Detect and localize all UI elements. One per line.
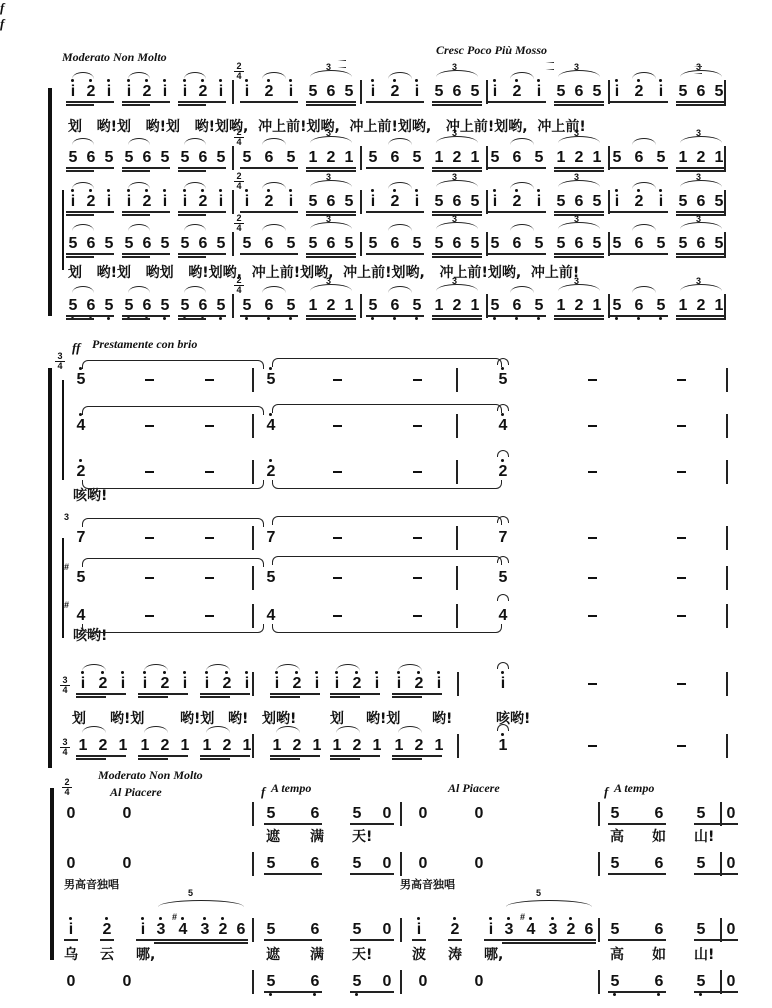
note: 5 bbox=[532, 150, 546, 166]
note: 5 bbox=[410, 150, 424, 166]
note: 5 bbox=[366, 150, 380, 166]
beam-underline bbox=[178, 253, 226, 255]
beam-underline bbox=[676, 211, 726, 213]
rest-dash bbox=[413, 577, 422, 579]
octave-up-dot bbox=[245, 189, 248, 192]
note: i bbox=[116, 676, 130, 692]
octave-up-dot bbox=[501, 733, 504, 736]
beam-underline bbox=[64, 939, 78, 941]
ts-bottom: 4 bbox=[234, 181, 244, 191]
note: 5 bbox=[178, 298, 192, 314]
note: 5 bbox=[66, 298, 80, 314]
slur bbox=[632, 72, 656, 79]
beam-underline bbox=[392, 696, 422, 698]
note: i bbox=[178, 84, 192, 100]
octave-up-dot bbox=[245, 671, 248, 674]
note: 5 bbox=[676, 84, 690, 100]
ts-bottom: 4 bbox=[55, 361, 65, 371]
note: i bbox=[488, 194, 502, 210]
note: 5 bbox=[654, 150, 668, 166]
octave-up-dot bbox=[69, 917, 72, 920]
octave-down-dot bbox=[637, 317, 640, 320]
barline bbox=[232, 190, 234, 214]
note: 5 bbox=[608, 922, 622, 938]
rest-dash bbox=[588, 379, 597, 381]
ts-top: 3 bbox=[62, 737, 67, 747]
slur bbox=[72, 72, 94, 79]
note: 0 bbox=[380, 974, 394, 990]
time-signature: 24 bbox=[62, 778, 72, 797]
note: 5 bbox=[158, 150, 172, 166]
octave-up-dot bbox=[417, 917, 420, 920]
note: 1 bbox=[178, 738, 192, 754]
octave-up-dot bbox=[453, 917, 456, 920]
beam-underline bbox=[200, 696, 230, 698]
beam-underline bbox=[610, 101, 668, 103]
note: 5 bbox=[694, 806, 708, 822]
note: i bbox=[284, 194, 298, 210]
note: 6 bbox=[196, 150, 210, 166]
beam-underline bbox=[554, 101, 604, 103]
note: 5 bbox=[590, 194, 604, 210]
barline bbox=[252, 802, 254, 826]
note: 6 bbox=[632, 298, 646, 314]
note: 1 bbox=[200, 738, 214, 754]
beam-underline bbox=[270, 693, 320, 695]
time-signature: 34 bbox=[60, 676, 70, 695]
triplet-3: 3 bbox=[574, 172, 579, 182]
slur bbox=[72, 286, 94, 293]
barline bbox=[360, 232, 362, 256]
octave-up-dot bbox=[183, 79, 186, 82]
slur bbox=[184, 138, 206, 145]
lyric-word: 划 bbox=[72, 708, 86, 728]
barline bbox=[400, 852, 402, 876]
octave-up-dot bbox=[551, 917, 554, 920]
octave-up-dot bbox=[569, 917, 572, 920]
note: 6 bbox=[694, 84, 708, 100]
rest-dash bbox=[333, 379, 342, 381]
barline bbox=[726, 460, 728, 484]
beam-underline bbox=[610, 253, 668, 255]
note: 5 bbox=[102, 298, 116, 314]
lyrics-row-2: 划 哟!划 哟划 哟!划哟, 冲上前!划哟, 冲上前!划哟, 冲上前!划哟, 冲… bbox=[68, 262, 579, 282]
note: 5 bbox=[410, 298, 424, 314]
note: i bbox=[138, 676, 152, 692]
note: 5 bbox=[676, 194, 690, 210]
beam-underline bbox=[608, 823, 666, 825]
note: i bbox=[76, 676, 90, 692]
beam-underline bbox=[66, 214, 94, 216]
beam-underline bbox=[264, 939, 322, 941]
lyric-word: 山! bbox=[694, 944, 714, 964]
note: i bbox=[178, 194, 192, 210]
note: i bbox=[410, 84, 424, 100]
slur bbox=[128, 72, 150, 79]
note: 4 bbox=[74, 418, 88, 434]
tuplet-5: 5 bbox=[188, 888, 193, 898]
rest-dash bbox=[677, 425, 686, 427]
ts-top: 2 bbox=[236, 171, 241, 181]
beam-underline bbox=[66, 211, 114, 213]
lyric-word: 云 bbox=[100, 944, 114, 964]
barline bbox=[252, 734, 254, 758]
note: 5 bbox=[554, 84, 568, 100]
beam-underline bbox=[330, 696, 360, 698]
octave-up-dot bbox=[143, 671, 146, 674]
beam-underline bbox=[264, 991, 322, 993]
beam-underline bbox=[392, 758, 422, 760]
note: 2 bbox=[324, 150, 338, 166]
dynamic-ff: ff bbox=[72, 340, 80, 356]
slur bbox=[128, 286, 150, 293]
octave-up-dot bbox=[501, 367, 504, 370]
octave-up-dot bbox=[637, 189, 640, 192]
note: 2 bbox=[196, 194, 210, 210]
beam-underline bbox=[178, 101, 226, 103]
slur bbox=[82, 664, 106, 671]
note: 5 bbox=[240, 236, 254, 252]
note: 2 bbox=[262, 84, 276, 100]
ts-top: 2 bbox=[64, 777, 69, 787]
lyric-word: 哟! bbox=[228, 708, 248, 728]
tie bbox=[272, 358, 502, 367]
sharp: # bbox=[64, 562, 69, 572]
note: 0 bbox=[416, 856, 430, 872]
slur bbox=[510, 72, 534, 79]
note: 6 bbox=[694, 194, 708, 210]
octave-up-dot bbox=[507, 917, 510, 920]
octave-down-dot bbox=[537, 317, 540, 320]
beam-underline bbox=[676, 104, 726, 106]
note: 5 bbox=[158, 236, 172, 252]
beam-underline bbox=[178, 318, 206, 320]
fermata-icon bbox=[497, 594, 509, 601]
rest-dash bbox=[145, 577, 154, 579]
rest-dash bbox=[588, 615, 597, 617]
rest-dash bbox=[677, 471, 686, 473]
sharp: # bbox=[64, 600, 69, 610]
octave-up-dot bbox=[415, 79, 418, 82]
octave-up-dot bbox=[269, 367, 272, 370]
note: i bbox=[410, 194, 424, 210]
octave-up-dot bbox=[201, 189, 204, 192]
barline bbox=[598, 852, 600, 876]
rest-dash bbox=[205, 471, 214, 473]
note: i bbox=[158, 84, 172, 100]
beam-underline bbox=[432, 104, 482, 106]
beam-underline bbox=[138, 693, 188, 695]
rest-dash bbox=[588, 683, 597, 685]
beam-underline bbox=[554, 104, 604, 106]
octave-up-dot bbox=[501, 459, 504, 462]
slur bbox=[128, 224, 150, 231]
note: 1 bbox=[330, 738, 344, 754]
barline bbox=[252, 970, 254, 994]
note: 5 bbox=[74, 372, 88, 388]
rest-dash bbox=[205, 379, 214, 381]
note: 4 bbox=[524, 922, 538, 938]
beam-underline bbox=[138, 696, 168, 698]
slur bbox=[262, 72, 286, 79]
tie bbox=[272, 404, 502, 413]
note: i bbox=[102, 84, 116, 100]
beam-underline bbox=[240, 253, 298, 255]
note: i bbox=[178, 676, 192, 692]
rest-dash bbox=[413, 379, 422, 381]
note: 1 bbox=[676, 150, 690, 166]
octave-down-dot bbox=[699, 993, 702, 996]
slur bbox=[388, 182, 412, 189]
beam-underline bbox=[178, 315, 226, 317]
beam-underline bbox=[178, 104, 206, 106]
note: i bbox=[66, 84, 80, 100]
note: i bbox=[214, 194, 228, 210]
beam-underline bbox=[488, 167, 546, 169]
beam-underline bbox=[392, 693, 442, 695]
note: 5 bbox=[122, 236, 136, 252]
tempo-moderato-2: Moderato Non Molto bbox=[98, 768, 203, 783]
beam-underline bbox=[178, 211, 226, 213]
barline bbox=[456, 414, 458, 438]
octave-up-dot bbox=[415, 189, 418, 192]
note: i bbox=[136, 922, 150, 938]
rest-dash bbox=[588, 745, 597, 747]
lyric-word: 遮 bbox=[266, 826, 280, 846]
note: 0 bbox=[416, 974, 430, 990]
slur bbox=[388, 138, 412, 145]
rest-dash bbox=[413, 615, 422, 617]
triplet-3: 3 bbox=[452, 62, 457, 72]
barline bbox=[232, 294, 234, 318]
note: 6 bbox=[308, 856, 322, 872]
beam-underline bbox=[240, 315, 298, 317]
octave-up-dot bbox=[289, 79, 292, 82]
slur bbox=[388, 224, 412, 231]
ts-top: 2 bbox=[236, 213, 241, 223]
tempo-prestamente: Prestamente con brio bbox=[92, 337, 197, 352]
slur bbox=[388, 72, 412, 79]
lyric-word: 高 bbox=[610, 944, 624, 964]
beam-underline bbox=[694, 823, 738, 825]
rest-dash bbox=[677, 379, 686, 381]
octave-up-dot bbox=[615, 79, 618, 82]
ts-bottom: 4 bbox=[234, 137, 244, 147]
octave-up-dot bbox=[659, 79, 662, 82]
beam-underline bbox=[76, 693, 126, 695]
note: 5 bbox=[264, 922, 278, 938]
octave-down-dot bbox=[415, 317, 418, 320]
note: i bbox=[532, 84, 546, 100]
beam-underline bbox=[264, 873, 322, 875]
ts-bottom: 4 bbox=[60, 747, 70, 757]
time-signature: 24 bbox=[234, 214, 244, 233]
tie bbox=[82, 624, 264, 633]
beam-underline bbox=[76, 758, 106, 760]
beam-underline bbox=[694, 939, 738, 941]
note: 1 bbox=[432, 298, 446, 314]
beam-underline bbox=[122, 318, 150, 320]
note: 2 bbox=[140, 194, 154, 210]
ts-small: 3 bbox=[64, 512, 69, 522]
beam-underline bbox=[306, 211, 356, 213]
octave-up-dot bbox=[501, 671, 504, 674]
note: 0 bbox=[472, 806, 486, 822]
barline bbox=[456, 368, 458, 392]
note: 5 bbox=[306, 194, 320, 210]
note: 2 bbox=[262, 194, 276, 210]
note: 6 bbox=[324, 84, 338, 100]
note: 5 bbox=[264, 974, 278, 990]
note: 6 bbox=[388, 150, 402, 166]
stave-brace-2a bbox=[62, 380, 64, 480]
note: 6 bbox=[450, 236, 464, 252]
note: 5 bbox=[350, 806, 364, 822]
tempo-atempo-2: A tempo bbox=[614, 781, 654, 796]
beam-underline bbox=[676, 101, 726, 103]
sharp-sign: # bbox=[520, 912, 525, 922]
slur bbox=[510, 224, 534, 231]
note: 4 bbox=[264, 608, 278, 624]
slur bbox=[144, 664, 168, 671]
slur bbox=[510, 182, 534, 189]
note: 5 bbox=[590, 236, 604, 252]
beam-underline bbox=[366, 101, 424, 103]
note: 5 bbox=[122, 150, 136, 166]
rest-dash bbox=[205, 425, 214, 427]
barline bbox=[232, 80, 234, 104]
note: 1 bbox=[270, 738, 284, 754]
note: 2 bbox=[450, 150, 464, 166]
beam-underline bbox=[136, 939, 248, 941]
note: 2 bbox=[158, 738, 172, 754]
beam-underline bbox=[432, 211, 482, 213]
note: 5 bbox=[532, 236, 546, 252]
note: 3 bbox=[502, 922, 516, 938]
octave-down-dot bbox=[245, 317, 248, 320]
beam-underline bbox=[138, 755, 188, 757]
beam-underline bbox=[330, 755, 380, 757]
note: 5 bbox=[432, 194, 446, 210]
note: 5 bbox=[610, 150, 624, 166]
note: 0 bbox=[472, 974, 486, 990]
note: 5 bbox=[284, 298, 298, 314]
barline bbox=[252, 414, 254, 438]
barline bbox=[400, 802, 402, 826]
beam-underline bbox=[350, 873, 394, 875]
lyric-word: 天! bbox=[352, 944, 372, 964]
note: 5 bbox=[178, 150, 192, 166]
note: 2 bbox=[196, 84, 210, 100]
triplet-3: 3 bbox=[452, 214, 457, 224]
dynamic-f-3a: f bbox=[261, 784, 265, 800]
octave-up-dot bbox=[71, 79, 74, 82]
beam-underline bbox=[330, 693, 380, 695]
beam-underline bbox=[610, 167, 668, 169]
tie bbox=[272, 516, 502, 525]
note: 0 bbox=[64, 856, 78, 872]
note: 0 bbox=[380, 806, 394, 822]
note: i bbox=[496, 676, 510, 692]
slur bbox=[72, 182, 94, 189]
note: 2 bbox=[632, 194, 646, 210]
note: 6 bbox=[388, 236, 402, 252]
note: 1 bbox=[306, 150, 320, 166]
barline bbox=[360, 190, 362, 214]
octave-up-dot bbox=[267, 189, 270, 192]
note: 2 bbox=[448, 922, 462, 938]
note: 6 bbox=[510, 150, 524, 166]
octave-up-dot bbox=[355, 671, 358, 674]
note: 5 bbox=[590, 84, 604, 100]
beam-underline bbox=[554, 318, 604, 320]
rest-dash bbox=[333, 577, 342, 579]
note: 5 bbox=[102, 150, 116, 166]
note: 2 bbox=[564, 922, 578, 938]
note: i bbox=[412, 922, 426, 938]
beam-underline bbox=[76, 755, 126, 757]
barline bbox=[598, 918, 600, 942]
beam-underline bbox=[488, 315, 546, 317]
note: 5 bbox=[432, 236, 446, 252]
note: 6 bbox=[324, 236, 338, 252]
note: 2 bbox=[96, 738, 110, 754]
note: 5 bbox=[264, 570, 278, 586]
note: i bbox=[610, 194, 624, 210]
note: i bbox=[158, 194, 172, 210]
note: 0 bbox=[416, 806, 430, 822]
note: 0 bbox=[472, 856, 486, 872]
barline bbox=[724, 294, 726, 318]
beam-underline bbox=[432, 167, 482, 169]
note: 1 bbox=[496, 738, 510, 754]
slur bbox=[398, 726, 422, 733]
lyric-word: 遮 bbox=[266, 944, 280, 964]
beam-underline bbox=[554, 253, 604, 255]
ts-bottom: 4 bbox=[62, 787, 72, 797]
octave-up-dot bbox=[181, 917, 184, 920]
note: 2 bbox=[324, 298, 338, 314]
lyric-word: 如 bbox=[652, 826, 666, 846]
note: 6 bbox=[308, 974, 322, 990]
note: 0 bbox=[380, 922, 394, 938]
octave-up-dot bbox=[437, 671, 440, 674]
octave-up-dot bbox=[269, 459, 272, 462]
system-bracket bbox=[48, 88, 52, 316]
beam-underline bbox=[122, 101, 170, 103]
beam-underline bbox=[154, 942, 248, 944]
stave-brace bbox=[62, 190, 64, 270]
octave-down-dot bbox=[163, 317, 166, 320]
tuplet-5: 5 bbox=[536, 888, 541, 898]
beam-underline bbox=[306, 318, 356, 320]
beam-underline bbox=[350, 939, 394, 941]
note: 2 bbox=[694, 298, 708, 314]
note: 6 bbox=[572, 236, 586, 252]
rest-dash bbox=[588, 471, 597, 473]
note: 6 bbox=[450, 194, 464, 210]
octave-down-dot bbox=[493, 317, 496, 320]
rest-dash bbox=[413, 471, 422, 473]
octave-down-dot bbox=[107, 317, 110, 320]
note: 6 bbox=[84, 150, 98, 166]
note: 1 bbox=[432, 150, 446, 166]
note: 5 bbox=[608, 974, 622, 990]
slur bbox=[72, 138, 94, 145]
note: 5 bbox=[608, 806, 622, 822]
note: 5 bbox=[264, 856, 278, 872]
octave-up-dot bbox=[79, 459, 82, 462]
